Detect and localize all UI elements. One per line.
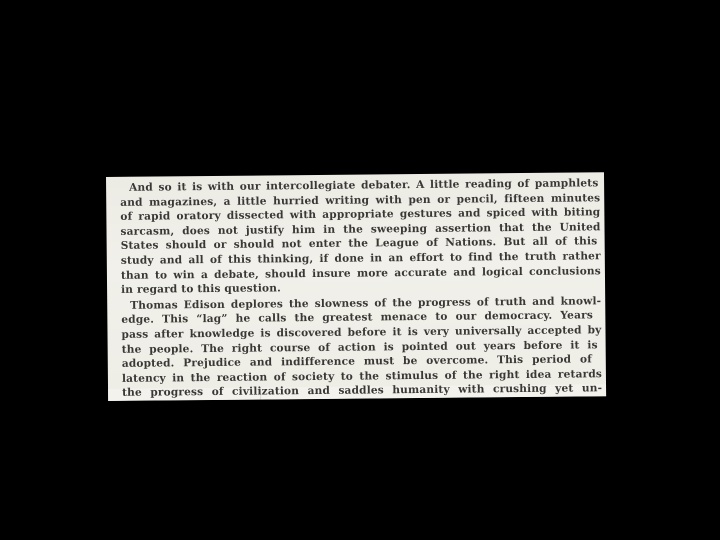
paragraph-debater: And so it is with our intercollegiate de… [120,176,601,297]
screen-background: And so it is with our intercollegiate de… [0,0,720,540]
paragraph-edison: Thomas Edison deplores the slowness of t… [121,294,602,401]
newspaper-clipping: And so it is with our intercollegiate de… [106,172,606,401]
